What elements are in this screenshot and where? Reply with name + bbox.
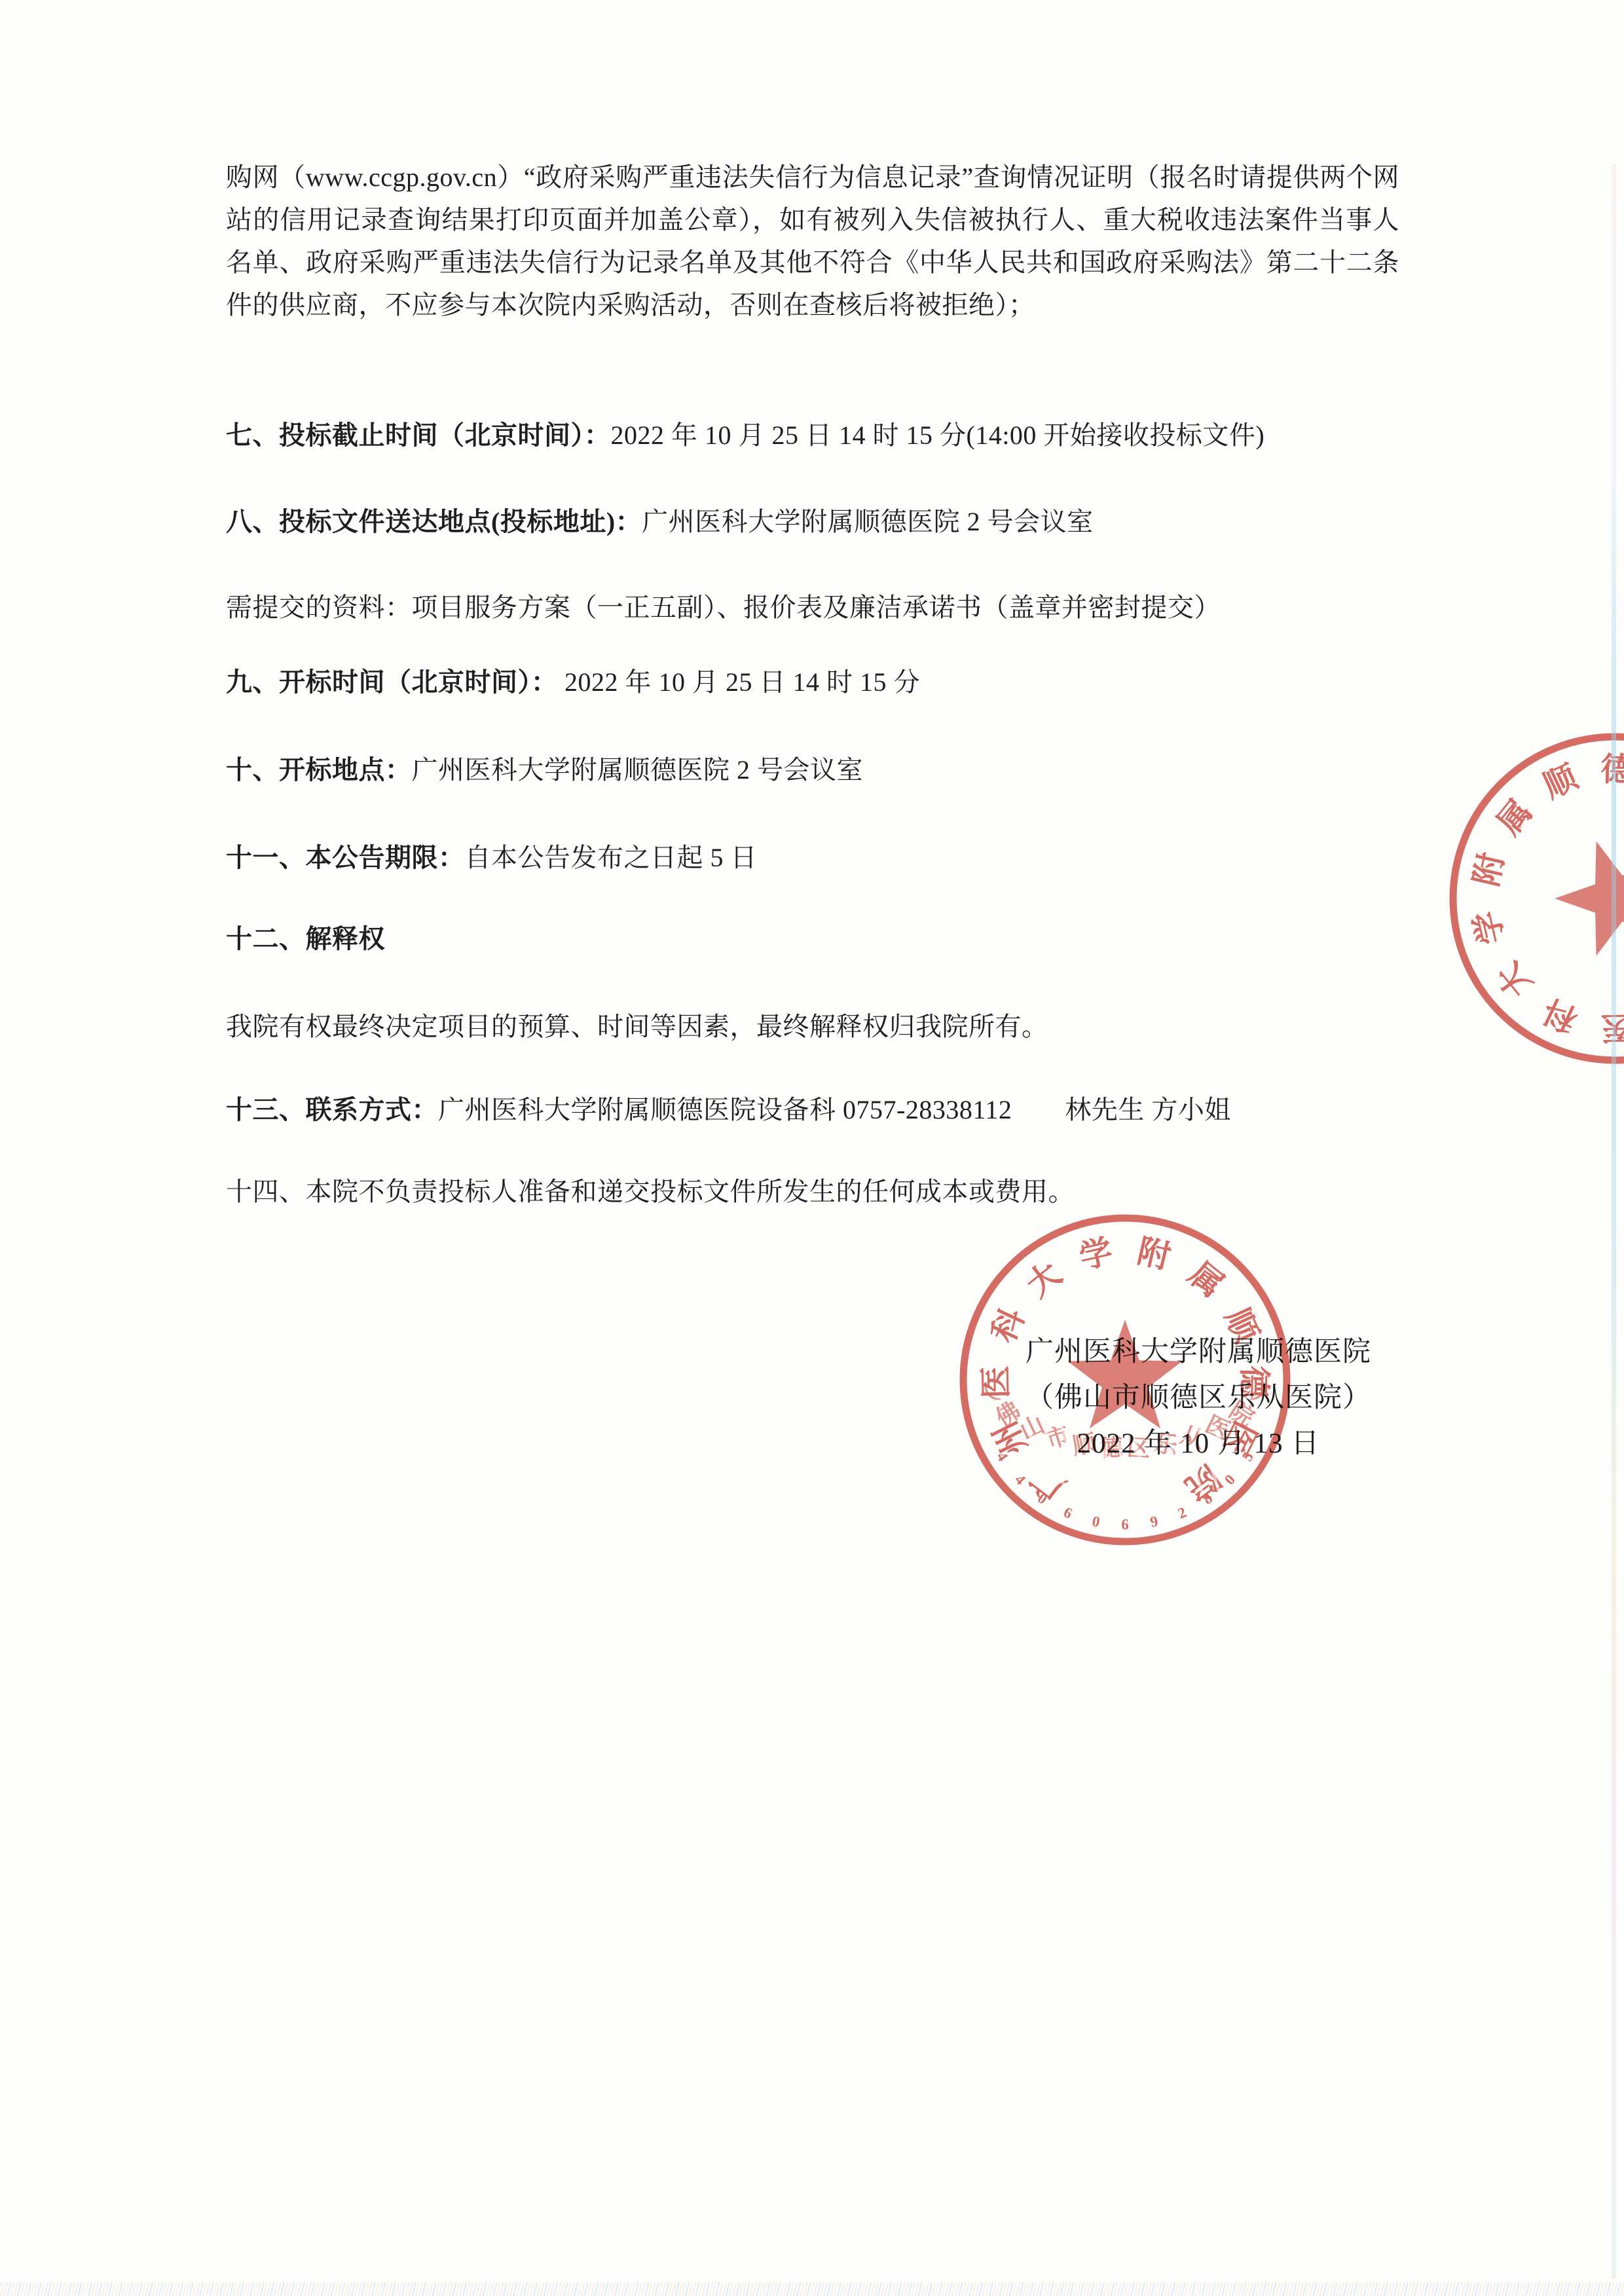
svg-text:属: 属: [1490, 793, 1539, 842]
section-row-12-body: 我院有权最终决定项目的预算、时间等因素，最终解释权归我院所有。: [226, 1011, 1418, 1043]
closing-date: 2022 年 10 月 13 日: [917, 1421, 1480, 1467]
section-label: 十一、本公告期限：: [226, 843, 465, 872]
svg-text:）: ）: [1615, 742, 1624, 777]
intro-paragraph: 购网（www.ccgp.gov.cn）“政府采购严重违法失信行为信息记录”查询情…: [226, 156, 1399, 326]
section-row-14: 十四、本院不负责投标人准备和递交投标文件所发生的任何成本或费用。: [226, 1176, 1418, 1208]
section-label: 七、投标截止时间（北京时间）：: [226, 420, 611, 450]
svg-text:9: 9: [1149, 1513, 1159, 1530]
scan-artifact-right-line: [1612, 164, 1616, 2279]
svg-text:学: 学: [1076, 1232, 1116, 1276]
closing-signature-block: 广州医科大学附属顺德医院 （佛山市顺德区乐从医院） 2022 年 10 月 13…: [917, 1329, 1480, 1467]
closing-org-name: 广州医科大学附属顺德医院: [917, 1329, 1480, 1375]
svg-text:科: 科: [1538, 992, 1583, 1039]
svg-text:附: 附: [1467, 849, 1511, 889]
svg-text:6: 6: [1061, 1504, 1075, 1522]
section-label: 八、投标文件送达地点(投标地址)：: [226, 507, 642, 536]
svg-text:附: 附: [1134, 1232, 1174, 1276]
section-value: 自本公告发布之日起 5 日: [465, 843, 758, 872]
section-row-11: 十一、本公告期限：自本公告发布之日起 5 日: [226, 842, 1418, 874]
svg-text:（: （: [1615, 1020, 1624, 1054]
section-label: 十三、联系方式：: [226, 1095, 438, 1124]
svg-text:顺: 顺: [1538, 758, 1583, 805]
section-label: 十、开标地点：: [226, 755, 412, 785]
section-row-9: 九、开标时间（北京时间）： 2022 年 10 月 25 日 14 时 15 分: [226, 667, 1418, 698]
svg-text:6: 6: [1121, 1517, 1129, 1533]
svg-text:0: 0: [1090, 1513, 1101, 1530]
svg-text:4: 4: [1012, 1472, 1029, 1489]
section-row-13: 十三、联系方式：广州医科大学附属顺德医院设备科 0757-28338112 林先…: [226, 1094, 1418, 1126]
section-row-12: 十二、解释权: [226, 923, 1418, 955]
section-value: 广州医科大学附属顺德医院 2 号会议室: [642, 507, 1094, 536]
svg-text:2: 2: [1175, 1504, 1189, 1522]
section-value: 2022 年 10 月 25 日 14 时 15 分: [558, 667, 921, 697]
section-value: 2022 年 10 月 25 日 14 时 15 分(14:00 开始接收投标文…: [611, 420, 1265, 450]
section-value: 十四、本院不负责投标人准备和递交投标文件所发生的任何成本或费用。: [226, 1177, 1075, 1206]
section-value: 需提交的资料：项目服务方案（一正五副）、报价表及廉洁承诺书（盖章并密封提交）: [226, 593, 1221, 622]
closing-org-alias: （佛山市顺德区乐从医院）: [917, 1375, 1480, 1421]
svg-text:0: 0: [1035, 1490, 1050, 1508]
scan-artifact-bottom-strip: [0, 2282, 1624, 2296]
section-row-8: 八、投标文件送达地点(投标地址)：广州医科大学附属顺德医院 2 号会议室: [226, 506, 1418, 538]
section-label: 九、开标时间（北京时间）：: [226, 667, 558, 697]
section-value: 我院有权最终决定项目的预算、时间等因素，最终解释权归我院所有。: [226, 1012, 1048, 1041]
official-seal-edge-partial: 广州医科大学附属顺德医院（佛山市顺德区乐从医院）44060692805: [1431, 715, 1624, 1082]
svg-text:大: 大: [1020, 1255, 1068, 1304]
section-row-10: 十、开标地点：广州医科大学附属顺德医院 2 号会议室: [226, 754, 1418, 786]
svg-text:0: 0: [1221, 1472, 1238, 1489]
svg-text:学: 学: [1467, 908, 1511, 948]
section-label: 十二、解释权: [226, 924, 385, 954]
section-row-7: 七、投标截止时间（北京时间）：2022 年 10 月 25 日 14 时 15 …: [226, 420, 1418, 451]
section-value: 广州医科大学附属顺德医院设备科 0757-28338112 林先生 方小姐: [438, 1095, 1231, 1124]
svg-text:8: 8: [1200, 1490, 1215, 1508]
section-value: 广州医科大学附属顺德医院 2 号会议室: [412, 755, 864, 785]
svg-text:大: 大: [1490, 955, 1539, 1004]
scanned-document-page: 购网（www.ccgp.gov.cn）“政府采购严重违法失信行为信息记录”查询情…: [0, 0, 1624, 2296]
svg-text:属: 属: [1182, 1255, 1230, 1304]
section-row-materials: 需提交的资料：项目服务方案（一正五副）、报价表及廉洁承诺书（盖章并密封提交）: [226, 592, 1418, 623]
